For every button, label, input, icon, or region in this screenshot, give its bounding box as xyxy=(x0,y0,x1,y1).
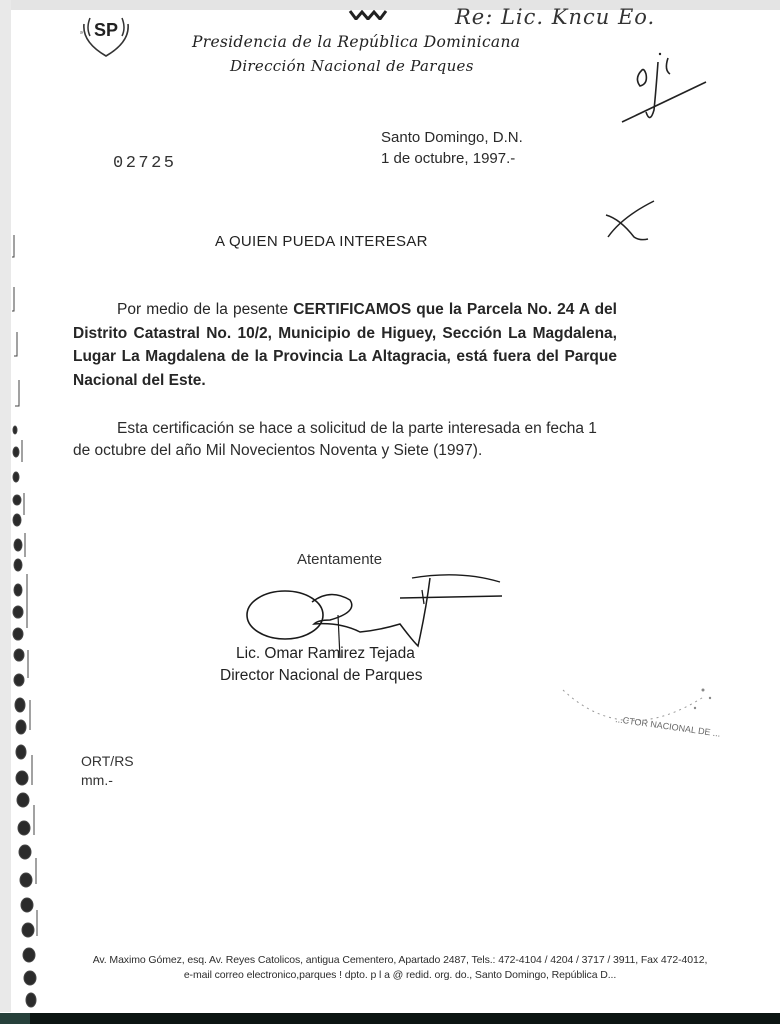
letterhead-institution: Presidencia de la República Dominicana xyxy=(192,33,572,51)
handwritten-x-mark-icon xyxy=(600,197,670,242)
sp-logo-icon: SP ǝ xyxy=(76,12,136,58)
top-edge xyxy=(0,0,780,10)
signer-name: Lic. Omar Ramirez Tejada xyxy=(236,645,415,663)
place-and-date: Santo Domingo, D.N. 1 de octubre, 1997.- xyxy=(381,127,523,169)
svg-text:ǝ: ǝ xyxy=(80,30,83,36)
footer-address: Av. Maximo Gómez, esq. Av. Reyes Catolic… xyxy=(50,953,750,968)
handwritten-initials-icon xyxy=(620,40,710,130)
para2-text: Esta certificación se hace a solicitud d… xyxy=(73,420,597,459)
bottom-bar xyxy=(0,1013,780,1024)
date: 1 de octubre, 1997.- xyxy=(381,148,523,169)
svg-text:SP: SP xyxy=(94,20,118,40)
initials-line1: ORT/RS xyxy=(81,752,134,771)
initials-line2: mm.- xyxy=(81,771,134,790)
letterhead-department: Dirección Nacional de Parques xyxy=(230,57,530,75)
binding-holes xyxy=(0,0,40,1012)
svg-text:...CTOR NACIONAL DE ...: ...CTOR NACIONAL DE ... xyxy=(615,714,720,738)
coat-of-arms-icon xyxy=(348,10,390,20)
certification-paragraph: Por medio de la pesente CERTIFICAMOS que… xyxy=(73,298,617,392)
footer-email: e-mail correo electronico,parques ! dpto… xyxy=(50,968,750,983)
letterhead-footer: Av. Maximo Gómez, esq. Av. Reyes Catolic… xyxy=(50,953,750,983)
para1-prefix: Por medio de la pesente xyxy=(117,301,293,318)
reference-number: 02725 xyxy=(113,154,177,173)
handwritten-note: Re: Lic. Kncu Eo. xyxy=(455,5,655,29)
typist-initials: ORT/RS mm.- xyxy=(81,752,134,790)
place: Santo Domingo, D.N. xyxy=(381,127,523,148)
request-paragraph: Esta certificación se hace a solicitud d… xyxy=(73,418,617,462)
official-stamp-icon: ...CTOR NACIONAL DE ... xyxy=(555,668,720,738)
salutation: A QUIEN PUEDA INTERESAR xyxy=(215,233,428,250)
signer-title: Director Nacional de Parques xyxy=(220,667,422,685)
